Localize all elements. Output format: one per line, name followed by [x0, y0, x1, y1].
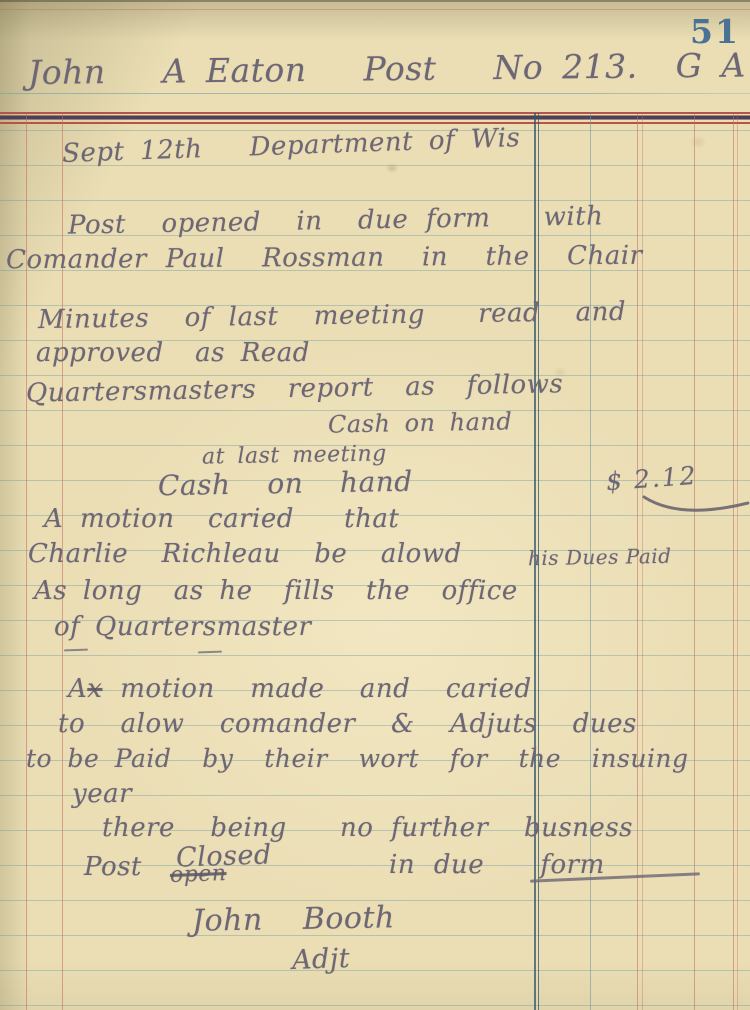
cash-on-hand-line: Cash on hand	[158, 468, 413, 500]
motion1-line-1: A motion caried that	[44, 506, 399, 532]
cash-amount: $ 2.12	[605, 463, 698, 494]
post-title: John A Eaton Post No 213. G A R	[28, 48, 750, 89]
motion1-line-2: Charlie Richleau be alowd	[28, 541, 462, 567]
cash-heading: Cash on hand	[328, 409, 513, 436]
motion2-line-1: Ax motion made and caried	[68, 676, 532, 702]
header-baseline-rule	[0, 93, 750, 94]
top-red-rule	[0, 9, 750, 10]
motion2-pre: A	[68, 674, 87, 704]
ledger-page: 51 John A Eaton Post No 213. G A R Sept …	[0, 0, 750, 1010]
minutes-line-2: approved as Read	[36, 340, 310, 366]
motion1-line-3: As long as he fills the office	[34, 578, 518, 604]
closing-post-word: Post	[84, 854, 142, 880]
minutes-line-1: Minutes of last meeting read and	[38, 299, 626, 333]
closing-line-1: there being no further busness	[102, 815, 633, 841]
closing-rest: in due form	[389, 852, 605, 878]
opened-line-2: Comander Paul Rossman in the Chair	[6, 243, 643, 273]
signature-name: John Booth	[192, 903, 395, 937]
closing-line-2: Post open Closed in due form	[84, 848, 724, 1004]
motion2-struck-letter: x	[87, 674, 102, 704]
motion2-rest: motion made and caried	[102, 674, 531, 704]
motion1-line-4-pre: of	[54, 612, 95, 642]
closing-overwrite-closed: Closed	[176, 841, 273, 871]
page-top-edge	[0, 0, 750, 2]
motion2-line-2: to alow comander & Adjuts dues	[58, 711, 637, 737]
amount-underline-flourish	[640, 494, 750, 518]
motion2-line-3: to be Paid by their wort for the insuing	[26, 746, 689, 771]
motion1-line-4: of Quartersmaster	[54, 614, 311, 640]
signature-title: Adjt	[292, 945, 351, 974]
motion1-line-2-note: his Dues Paid	[528, 546, 672, 569]
motion2-line-4: year	[72, 781, 132, 807]
quartersmaster-word: Quartersmaster	[95, 612, 311, 642]
column-rule-red-3a	[733, 113, 734, 1010]
column-rule-red-3b	[737, 113, 738, 1010]
